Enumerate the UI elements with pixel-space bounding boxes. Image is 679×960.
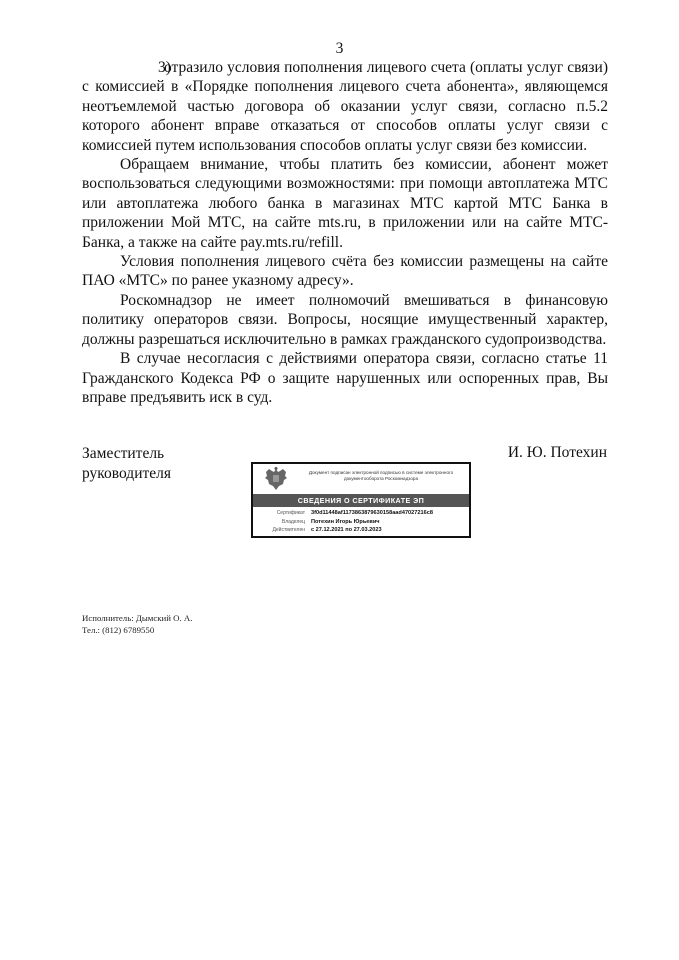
executor-phone: Тел.: (812) 6789550 — [82, 624, 192, 636]
paragraph-payment-options: Обращаем внимание, чтобы платить без ком… — [82, 155, 608, 252]
paragraph-conditions: Условия пополнения лицевого счёта без ко… — [82, 252, 608, 291]
page-number: 3 — [0, 40, 679, 58]
row-label: Сертификат — [253, 510, 311, 516]
row-value: с 27.12.2021 по 27.03.2023 — [311, 527, 382, 533]
item-number: 3) — [120, 58, 164, 77]
executor-info: Исполнитель: Дымский О. А. Тел.: (812) 6… — [82, 612, 192, 636]
stamp-row-validity: Действителен с 27.12.2021 по 27.03.2023 — [253, 526, 469, 535]
coat-of-arms-icon — [263, 466, 289, 492]
row-label: Действителен — [253, 527, 311, 533]
row-value: 3f0d11448af1173863879630158aad47027216c8 — [311, 510, 433, 516]
letter-body: 3)отразило условия пополнения лицевого с… — [82, 58, 608, 407]
signer-title: Заместитель руководителя — [82, 444, 171, 484]
stamp-top: Документ подписан электронной подписью в… — [253, 464, 469, 494]
row-label: Владелец — [253, 519, 311, 525]
row-value: Потехин Игорь Юрьевич — [311, 519, 380, 525]
stamp-row-certificate: Сертификат 3f0d11448af1173863879630158aa… — [253, 509, 469, 518]
signer-name: И. Ю. Потехин — [508, 444, 607, 462]
signer-title-line2: руководителя — [82, 464, 171, 484]
signer-title-line1: Заместитель — [82, 444, 171, 464]
executor-name: Исполнитель: Дымский О. А. — [82, 612, 192, 624]
stamp-caption: Документ подписан электронной подписью в… — [301, 470, 461, 482]
paragraph-rkn-authority: Роскомнадзор не имеет полномочий вмешива… — [82, 291, 608, 349]
stamp-row-owner: Владелец Потехин Игорь Юрьевич — [253, 518, 469, 527]
e-signature-stamp: Документ подписан электронной подписью в… — [251, 462, 471, 538]
paragraph-court: В случае несогласия с действиями операто… — [82, 349, 608, 407]
stamp-rows: Сертификат 3f0d11448af1173863879630158aa… — [253, 507, 469, 535]
paragraph-item-3: 3)отразило условия пополнения лицевого с… — [82, 58, 608, 155]
stamp-header: СВЕДЕНИЯ О СЕРТИФИКАТЕ ЭП — [253, 494, 469, 507]
